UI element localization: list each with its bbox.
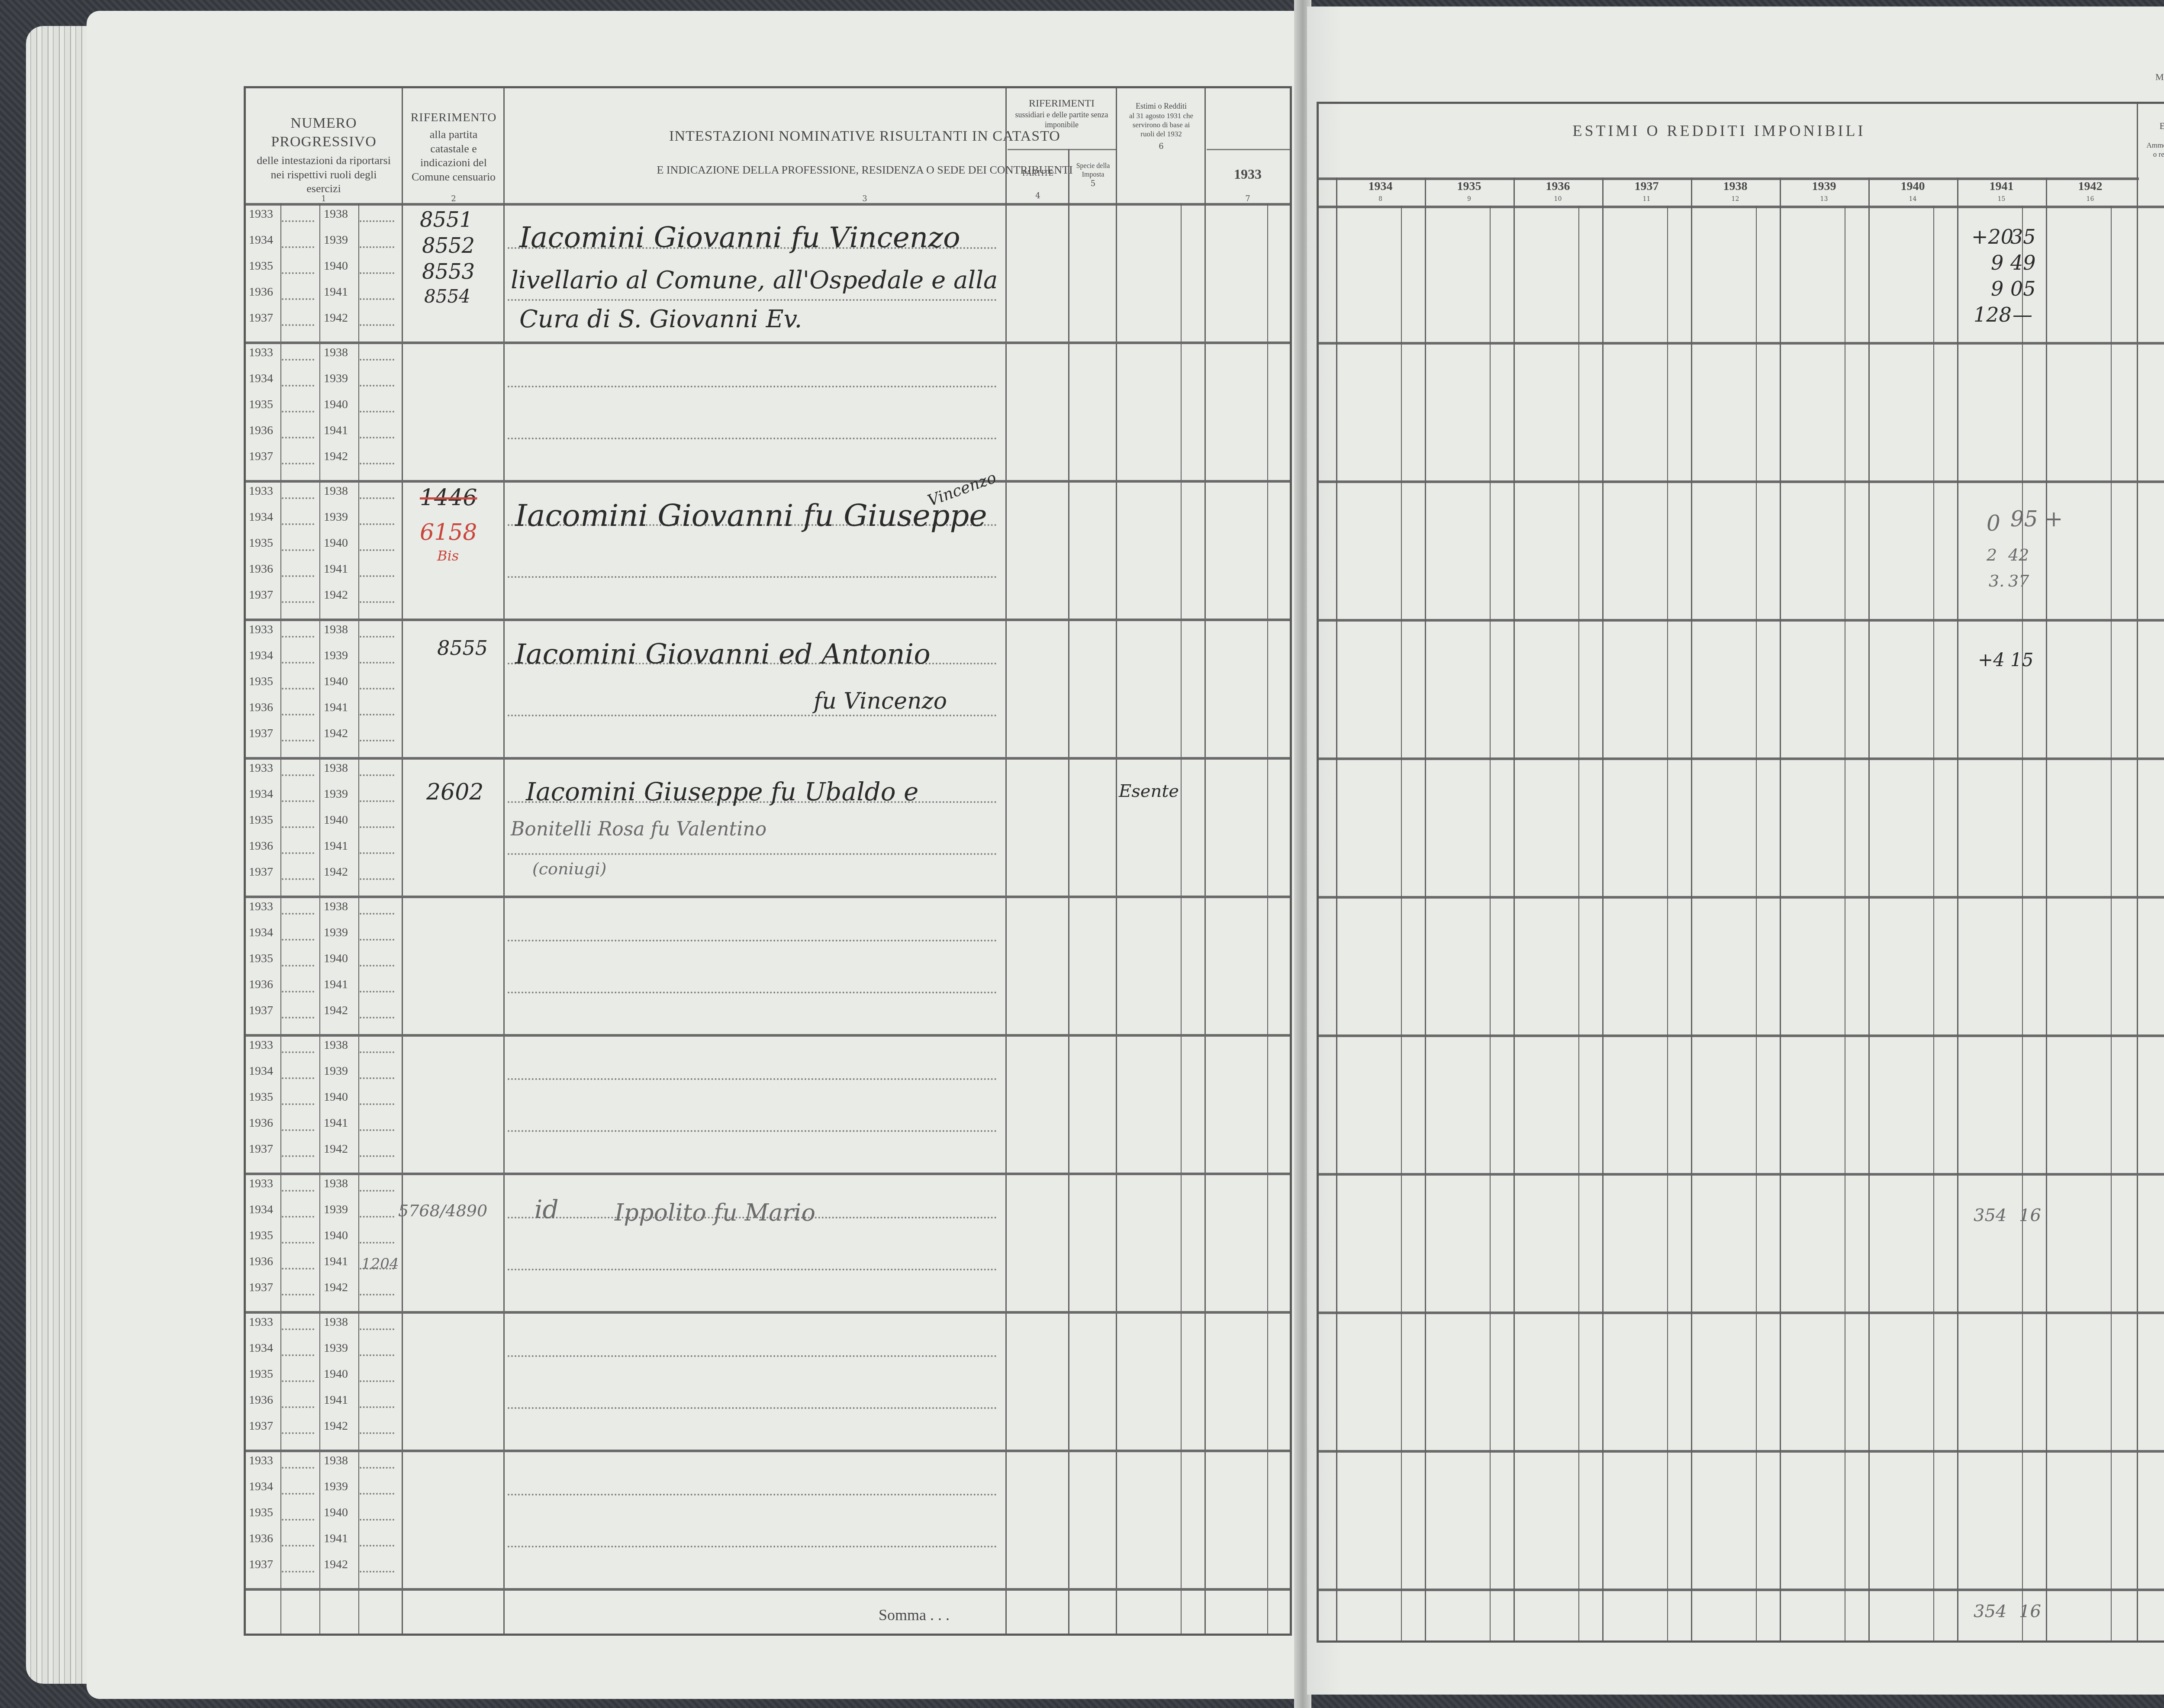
col2-subtitle: alla partita catastale e indicazioni del… — [406, 125, 501, 187]
year-label-left: 1935 — [249, 259, 273, 273]
year-label-right: 1942 — [324, 450, 348, 464]
year-label-right: 1942 — [324, 727, 348, 741]
year-label-left: 1937 — [249, 450, 273, 464]
year-label-right: 1938 — [324, 900, 348, 914]
header-estimi-imponibili: ESTIMI O REDDITI IMPONIBILI — [1319, 121, 2119, 141]
year-col-divider — [1691, 177, 1692, 1640]
dotted-rule — [360, 1294, 394, 1296]
year-label-right: 1941 — [324, 562, 348, 576]
dotted-rule — [360, 826, 394, 828]
dotted-rule — [282, 1155, 314, 1157]
entry-rule — [1319, 1034, 2164, 1037]
year-label-right: 1938 — [324, 761, 348, 775]
year-label-left: 1937 — [249, 1142, 273, 1156]
year-label-right: 1941 — [324, 285, 348, 299]
year-label-left: 1933 — [249, 1315, 273, 1329]
year-label-right: 1939 — [324, 1064, 348, 1078]
dotted-rule — [360, 774, 394, 776]
year-label-right: 1939 — [324, 926, 348, 940]
year-header-1939: 1939 — [1780, 180, 1868, 193]
year-label-left: 1935 — [249, 536, 273, 550]
cent-col-divider — [1933, 206, 1934, 1640]
year-label-right: 1940 — [324, 675, 348, 689]
dotted-rule — [282, 1545, 314, 1547]
dotted-rule — [360, 601, 394, 603]
entry5-ref: 2602 — [426, 779, 483, 805]
year-label-right: 1939 — [324, 649, 348, 663]
dotted-rule — [282, 1216, 314, 1218]
year-label-left: 1937 — [249, 1558, 273, 1572]
dotted-rule — [360, 1051, 394, 1053]
col-divider — [1068, 149, 1069, 1634]
dotted-rule — [360, 359, 394, 361]
dotted-rule — [282, 385, 314, 387]
year-label-left: 1933 — [249, 900, 273, 914]
dotted-rule — [282, 800, 314, 802]
dotted-rule — [282, 324, 314, 326]
dotted-rule — [360, 1129, 394, 1131]
entry3-ref-1-struck: 1446 — [420, 485, 477, 511]
dotted-rule — [360, 1467, 394, 1469]
entry4-1941-cent: 15 — [2010, 649, 2033, 670]
entry4-ref: 8555 — [437, 636, 488, 660]
entry-rule — [1319, 1450, 2164, 1453]
year-label-left: 1937 — [249, 1419, 273, 1433]
dotted-rule — [282, 688, 314, 690]
dotted-rule — [360, 220, 394, 222]
year-label-right: 1942 — [324, 1004, 348, 1018]
year-label-right: 1940 — [324, 952, 348, 966]
col6-title: Estimi o Redditi — [1118, 101, 1204, 111]
entry1-1941-cent-2: 49 — [2010, 251, 2036, 274]
entry5-name-line2: Bonitelli Rosa fu Valentino — [511, 818, 766, 840]
dotted-rule — [282, 411, 314, 412]
header-bottom-rule — [1319, 206, 2164, 208]
dotted-rule — [282, 1380, 314, 1382]
somma-1941-cent: 16 — [2019, 1602, 2041, 1621]
dotted-rule — [508, 992, 997, 993]
entry-rule — [1319, 342, 2164, 345]
dotted-rule — [282, 549, 314, 551]
entry-rule — [1319, 1312, 2164, 1314]
year-label-right: 1941 — [324, 978, 348, 992]
dotted-rule — [360, 1216, 394, 1218]
year-label-left: 1935 — [249, 1090, 273, 1104]
dotted-rule — [360, 636, 394, 638]
year-label-left: 1934 — [249, 510, 273, 524]
dotted-rule — [282, 1493, 314, 1495]
dotted-rule — [282, 1242, 314, 1244]
dotted-rule — [360, 852, 394, 854]
year-label-left: 1935 — [249, 813, 273, 827]
dotted-rule — [508, 940, 997, 941]
year-col-divider — [1425, 177, 1426, 1640]
year-label-left: 1935 — [249, 1367, 273, 1381]
col45-subtitle: sussidiari e delle partite senza imponib… — [1008, 110, 1116, 129]
dotted-rule — [282, 1103, 314, 1105]
year-col-number: 16 — [2046, 196, 2135, 203]
dotted-rule — [508, 1407, 997, 1409]
dotted-rule — [282, 1519, 314, 1521]
entry8-id: id — [535, 1195, 559, 1224]
cent-col-divider — [2022, 206, 2023, 1640]
year-label-right: 1938 — [324, 484, 348, 498]
entry4-name-line2: fu Vincenzo — [814, 688, 947, 714]
dotted-rule — [360, 714, 394, 715]
entry5-name-line1: Iacomini Giuseppe fu Ubaldo e — [526, 777, 918, 806]
dotted-rule — [508, 438, 997, 439]
dotted-rule — [508, 1078, 997, 1080]
year-col-number: 10 — [1514, 196, 1602, 203]
year-header-1940: 1940 — [1868, 180, 1957, 193]
entry5-esente: Esente — [1119, 781, 1179, 801]
dotted-rule — [360, 575, 394, 577]
year-label-right: 1938 — [324, 1315, 348, 1329]
col-divider — [1204, 88, 1206, 1634]
entry-rule — [246, 757, 1290, 760]
year-col-number: 11 — [1602, 196, 1691, 203]
entry3-ref-2: 6158 — [420, 519, 477, 545]
col-divider-year — [319, 203, 320, 1634]
col-divider — [402, 88, 403, 1634]
dotted-rule — [282, 662, 314, 664]
entry3-1941-lire-1: 0 — [1987, 511, 2000, 536]
entry3-1941-cent-2: 42 — [2008, 545, 2029, 564]
dotted-rule — [282, 463, 314, 464]
entry8-name: Ippolito fu Mario — [615, 1199, 815, 1226]
year-label-left: 1934 — [249, 1341, 273, 1355]
dotted-rule — [282, 740, 314, 741]
col-divider — [503, 88, 505, 1634]
year-header-1937: 1937 — [1602, 180, 1691, 193]
dotted-rule — [360, 939, 394, 941]
entry1-1941-lire-4: 128 — [1974, 303, 2012, 326]
year-label-right: 1939 — [324, 510, 348, 524]
dotted-rule — [360, 1406, 394, 1408]
dotted-rule — [282, 1406, 314, 1408]
dotted-rule — [360, 523, 394, 525]
entry-rule — [1319, 619, 2164, 622]
entry1-name-line1: Iacomini Giovanni fu Vincenzo — [519, 221, 960, 254]
year-label-right: 1942 — [324, 588, 348, 602]
dotted-rule — [282, 878, 314, 880]
year-header-1934: 1934 — [1336, 180, 1425, 193]
dotted-rule — [360, 1103, 394, 1105]
year-label-right: 1939 — [324, 1203, 348, 1217]
entry1-ref-1: 8551 — [420, 208, 473, 232]
dotted-rule — [282, 939, 314, 941]
dotted-rule — [282, 246, 314, 248]
dotted-rule — [360, 324, 394, 326]
year-col-divider — [2046, 177, 2047, 1640]
entry1-name-line3: Cura di S. Giovanni Ev. — [519, 305, 802, 333]
dotted-rule — [282, 1328, 314, 1330]
dotted-rule — [360, 913, 394, 915]
esenzioni-number: 17 — [2141, 164, 2164, 174]
year-label-right: 1940 — [324, 1506, 348, 1520]
dotted-rule — [282, 636, 314, 638]
dotted-rule — [282, 852, 314, 854]
year-col-divider — [1336, 177, 1337, 1640]
year-label-left: 1933 — [249, 1177, 273, 1191]
entry3-1941-lire-3: 3. — [1989, 571, 2004, 590]
year-label-right: 1942 — [324, 1281, 348, 1295]
entry-rule — [246, 896, 1290, 898]
year-col-divider — [1602, 177, 1604, 1640]
year-label-left: 1936 — [249, 285, 273, 299]
year-label-left: 1934 — [249, 1064, 273, 1078]
year-label-left: 1934 — [249, 787, 273, 801]
dotted-rule — [282, 497, 314, 499]
year-label-left: 1934 — [249, 233, 273, 247]
dotted-rule — [282, 575, 314, 577]
year-label-right: 1938 — [324, 1454, 348, 1468]
col4-number: 4 — [1008, 191, 1068, 201]
entry3-ref-bis: Bis — [437, 548, 459, 564]
col-divider-year — [358, 203, 359, 1634]
header-estimi-1931: Estimi o Redditi al 31 agosto 1931 che s… — [1118, 101, 1204, 152]
year-label-left: 1934 — [249, 1480, 273, 1494]
col4-title: PARTITE — [1008, 168, 1068, 178]
header-partite: PARTITE 4 — [1008, 168, 1068, 201]
entry-rule — [246, 480, 1290, 483]
col-divider — [2137, 104, 2138, 1640]
col2-title: RIFERIMENTO — [406, 110, 501, 125]
dotted-rule — [282, 1129, 314, 1131]
dotted-rule — [360, 385, 394, 387]
year-label-right: 1940 — [324, 1090, 348, 1104]
dotted-rule — [282, 298, 314, 300]
dotted-rule — [360, 298, 394, 300]
right-register-table: ESTIMI O REDDITI IMPONIBILI ESENZIONI Am… — [1317, 102, 2164, 1643]
entry-rule-last — [1319, 1589, 2164, 1591]
dotted-rule — [282, 1017, 314, 1018]
dotted-rule — [508, 1355, 997, 1357]
entry-rule — [246, 342, 1290, 344]
entry1-1941-lire-2: 9 — [1991, 251, 2003, 274]
entry8-1941-cent: 16 — [2019, 1205, 2041, 1225]
dotted-rule — [508, 1269, 997, 1270]
dotted-rule — [282, 1467, 314, 1469]
year-label-left: 1935 — [249, 398, 273, 412]
header-sub-rule — [1008, 149, 1116, 150]
dotted-rule — [508, 1130, 997, 1132]
year-label-left: 1933 — [249, 761, 273, 775]
year-label-right: 1940 — [324, 536, 348, 550]
col-divider-year — [280, 203, 281, 1634]
year-label-right: 1939 — [324, 372, 348, 386]
entry3-1941-cent-1: 95 + — [2010, 506, 2063, 532]
dotted-rule — [360, 246, 394, 248]
col-divider — [1005, 88, 1007, 1634]
year-label-left: 1936 — [249, 424, 273, 438]
cent-col-divider — [1578, 206, 1579, 1640]
entry-rule-last — [246, 1588, 1290, 1591]
year-label-right: 1938 — [324, 207, 348, 221]
dotted-rule — [360, 1155, 394, 1157]
cent-col-divider — [1401, 206, 1402, 1640]
year-label-left: 1936 — [249, 1255, 273, 1269]
year-label-left: 1934 — [249, 649, 273, 663]
dotted-rule — [360, 688, 394, 690]
entry-rule — [246, 1311, 1290, 1314]
year-col-number: 14 — [1868, 196, 1957, 203]
dotted-rule — [360, 411, 394, 412]
dotted-rule — [360, 1545, 394, 1547]
year-col-number: 12 — [1691, 196, 1780, 203]
entry3-1941-cent-3: 37 — [2008, 571, 2029, 590]
dotted-rule — [360, 497, 394, 499]
year-label-left: 1936 — [249, 978, 273, 992]
year-label-left: 1936 — [249, 1532, 273, 1546]
dotted-rule — [360, 965, 394, 967]
year-label-right: 1938 — [324, 1038, 348, 1052]
year-label-left: 1936 — [249, 1116, 273, 1130]
entry3-name-line1: Iacomini Giovanni fu Giuseppe — [515, 498, 987, 533]
year-label-right: 1940 — [324, 1229, 348, 1243]
year-label-left: 1933 — [249, 1454, 273, 1468]
year-label-left: 1936 — [249, 1393, 273, 1407]
entry4-1941-lire: +4 — [1978, 649, 2005, 670]
col1-subtitle: delle intestazioni da riportarsi nei ris… — [246, 151, 402, 199]
dotted-rule — [360, 740, 394, 741]
year-label-left: 1934 — [249, 926, 273, 940]
year-col-divider — [1868, 177, 1870, 1640]
entry1-1941-lire-3: 9 — [1991, 277, 2003, 300]
esenzioni-sub: Ammontare degli estimi o redditi a scade… — [2141, 141, 2164, 159]
dotted-rule — [360, 272, 394, 274]
header-numero-progressivo: NUMERO PROGRESSIVO delle intestazioni da… — [246, 114, 402, 199]
col7-number: 7 — [1207, 194, 1289, 203]
dotted-rule — [508, 299, 997, 301]
dotted-rule — [282, 1190, 314, 1192]
year-label-left: 1935 — [249, 675, 273, 689]
year-col-divider — [1780, 177, 1781, 1640]
year-label-left: 1934 — [249, 372, 273, 386]
year-label-right: 1938 — [324, 1177, 348, 1191]
dotted-rule — [282, 1268, 314, 1270]
year-label-right: 1939 — [324, 1341, 348, 1355]
cent-col-divider — [1667, 206, 1668, 1640]
col-divider-cent — [1267, 203, 1268, 1634]
dotted-rule — [282, 913, 314, 915]
header-esenzioni: ESENZIONI Ammontare degli estimi o reddi… — [2141, 121, 2164, 173]
col6-subtitle: al 31 agosto 1931 che servirono di base … — [1118, 111, 1204, 139]
year-label-left: 1937 — [249, 1281, 273, 1295]
dotted-rule — [282, 991, 314, 993]
entry1-1941-lire-1: +20 — [1971, 225, 2013, 248]
entry-rule — [1319, 1173, 2164, 1176]
year-header-1942: 1942 — [2046, 180, 2135, 193]
dotted-rule — [360, 1190, 394, 1192]
entry8-ref-extra: 1204 — [361, 1255, 399, 1273]
dotted-rule — [360, 1519, 394, 1521]
dotted-rule — [360, 1328, 394, 1330]
esenzioni-title: ESENZIONI — [2141, 121, 2164, 132]
entry-rule — [1319, 757, 2164, 760]
dotted-rule — [360, 1493, 394, 1495]
dotted-rule — [282, 1077, 314, 1079]
col6-number: 6 — [1118, 142, 1204, 152]
dotted-rule — [282, 714, 314, 715]
cent-col-divider — [1756, 206, 1757, 1640]
form-id: Mod. III - Imposte Dirette (Intercalare)… — [2155, 71, 2164, 83]
year-label-right: 1941 — [324, 701, 348, 715]
dotted-rule — [360, 1242, 394, 1244]
dotted-rule — [282, 965, 314, 967]
entry-rule — [1319, 480, 2164, 483]
cent-col-divider — [1845, 206, 1845, 1640]
year-label-left: 1937 — [249, 588, 273, 602]
year-header-1936: 1936 — [1514, 180, 1602, 193]
dotted-rule — [360, 878, 394, 880]
year-label-left: 1933 — [249, 1038, 273, 1052]
entry4-name-line1: Iacomini Giovanni ed Antonio — [515, 638, 931, 670]
year-label-left: 1934 — [249, 1203, 273, 1217]
year-label-left: 1935 — [249, 1506, 273, 1520]
dotted-rule — [360, 1077, 394, 1079]
year-label-right: 1938 — [324, 346, 348, 360]
entry1-ref-2: 8552 — [422, 234, 475, 258]
entry8-1941-lire: 354 — [1974, 1205, 2006, 1225]
year-label-right: 1941 — [324, 1393, 348, 1407]
entry1-1941-cent-1: 35 — [2010, 225, 2036, 248]
col45-title: RIFERIMENTI — [1008, 97, 1116, 110]
dotted-rule — [282, 437, 314, 438]
year-col-number: 9 — [1425, 196, 1514, 203]
year-header-1935: 1935 — [1425, 180, 1514, 193]
year-label-right: 1941 — [324, 839, 348, 853]
dotted-rule — [508, 715, 997, 716]
dotted-rule — [360, 1354, 394, 1356]
dotted-rule — [282, 1051, 314, 1053]
year-label-left: 1935 — [249, 952, 273, 966]
year-col-number: 13 — [1780, 196, 1868, 203]
dotted-rule — [282, 1354, 314, 1356]
entry-rule — [246, 1173, 1290, 1175]
somma-1941-lire: 354 — [1974, 1602, 2006, 1621]
year-col-number: 15 — [1957, 196, 2046, 203]
year-label-right: 1940 — [324, 1367, 348, 1381]
dotted-rule — [282, 1571, 314, 1573]
dotted-rule — [360, 437, 394, 438]
col-divider-cent — [1181, 203, 1182, 1634]
year-label-left: 1937 — [249, 1004, 273, 1018]
year-label-right: 1940 — [324, 259, 348, 273]
year-label-right: 1942 — [324, 1558, 348, 1572]
dotted-rule — [508, 1546, 997, 1547]
dotted-rule — [360, 1017, 394, 1018]
entry1-1941-cent-4: — — [2013, 303, 2032, 326]
col7-year: 1933 — [1207, 166, 1289, 182]
header-specie-imposta: Specie della Imposta 5 — [1070, 162, 1116, 189]
entry-rule — [246, 619, 1290, 621]
dotted-rule — [282, 1432, 314, 1434]
entry5-name-line3: (coniugi) — [532, 859, 606, 878]
dotted-rule — [508, 576, 997, 578]
year-label-left: 1933 — [249, 346, 273, 360]
entry1-name-line2: livellario al Comune, all'Ospedale e all… — [511, 266, 998, 294]
year-label-right: 1942 — [324, 865, 348, 879]
year-label-left: 1936 — [249, 701, 273, 715]
col2-number: 2 — [406, 194, 501, 203]
year-label-left: 1935 — [249, 1229, 273, 1243]
dotted-rule — [360, 662, 394, 664]
somma-label: Somma . . . — [879, 1606, 950, 1624]
year-label-left: 1936 — [249, 839, 273, 853]
year-label-right: 1941 — [324, 1255, 348, 1269]
dotted-rule — [360, 800, 394, 802]
